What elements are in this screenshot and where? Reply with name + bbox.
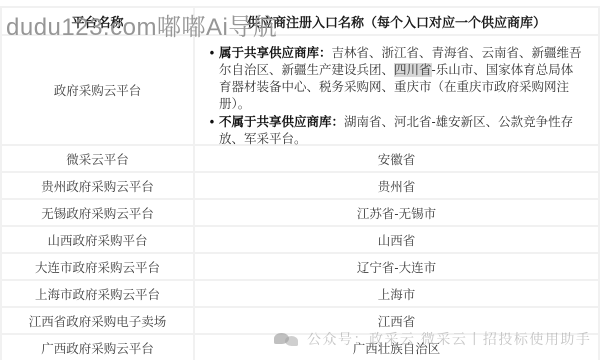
supplier-registration-table: 平台名称 供应商注册入口名称（每个入口对应一个供应商库） 政府采购云平台 • 属… (0, 6, 600, 360)
platform-cell: 贵州政府采购云平台 (2, 173, 195, 200)
platform-cell: 山西政府采购平台 (2, 227, 195, 254)
entry-cell: 山西省 (195, 227, 598, 254)
bullet-lead: 属于共享供应商库： (219, 46, 332, 60)
page: 平台名称 供应商注册入口名称（每个入口对应一个供应商库） 政府采购云平台 • 属… (0, 0, 600, 360)
highlight-sichuan: 四川省 (394, 63, 432, 77)
platform-cell: 政府采购云平台 (2, 36, 195, 146)
bullet-dot-icon: • (205, 45, 219, 113)
bullet-shared-library: • 属于共享供应商库：吉林省、浙江省、青海省、云南省、新疆维吾尔自治区、新疆生产… (205, 45, 582, 113)
platform-cell: 上海市政府采购云平台 (2, 281, 195, 308)
entry-bullets-cell: • 属于共享供应商库：吉林省、浙江省、青海省、云南省、新疆维吾尔自治区、新疆生产… (195, 36, 598, 146)
header-platform-name: 平台名称 (2, 8, 195, 36)
entry-cell: 广西壮族自治区 (195, 335, 598, 360)
bullet-text: 属于共享供应商库：吉林省、浙江省、青海省、云南省、新疆维吾尔自治区、新疆生产建设… (219, 45, 582, 113)
entry-cell: 江西省 (195, 308, 598, 335)
entry-cell: 辽宁省-大连市 (195, 254, 598, 281)
platform-cell: 江西省政府采购电子卖场 (2, 308, 195, 335)
bullet-lead: 不属于共享供应商库： (219, 115, 344, 129)
bullet-non-shared-library: • 不属于共享供应商库：湖南省、河北省-雄安新区、公款竞争性存放、军采平台。 (205, 114, 582, 148)
entry-cell: 贵州省 (195, 173, 598, 200)
platform-cell: 大连市政府采购云平台 (2, 254, 195, 281)
entry-cell: 江苏省-无锡市 (195, 200, 598, 227)
bullet-dot-icon: • (205, 114, 219, 148)
entry-cell: 上海市 (195, 281, 598, 308)
bullet-text: 不属于共享供应商库：湖南省、河北省-雄安新区、公款竞争性存放、军采平台。 (219, 114, 582, 148)
header-entry-name: 供应商注册入口名称（每个入口对应一个供应商库） (195, 8, 598, 36)
platform-cell: 广西政府采购云平台 (2, 335, 195, 360)
platform-cell: 微采云平台 (2, 146, 195, 173)
entry-cell: 安徽省 (195, 146, 598, 173)
platform-cell: 无锡政府采购云平台 (2, 200, 195, 227)
